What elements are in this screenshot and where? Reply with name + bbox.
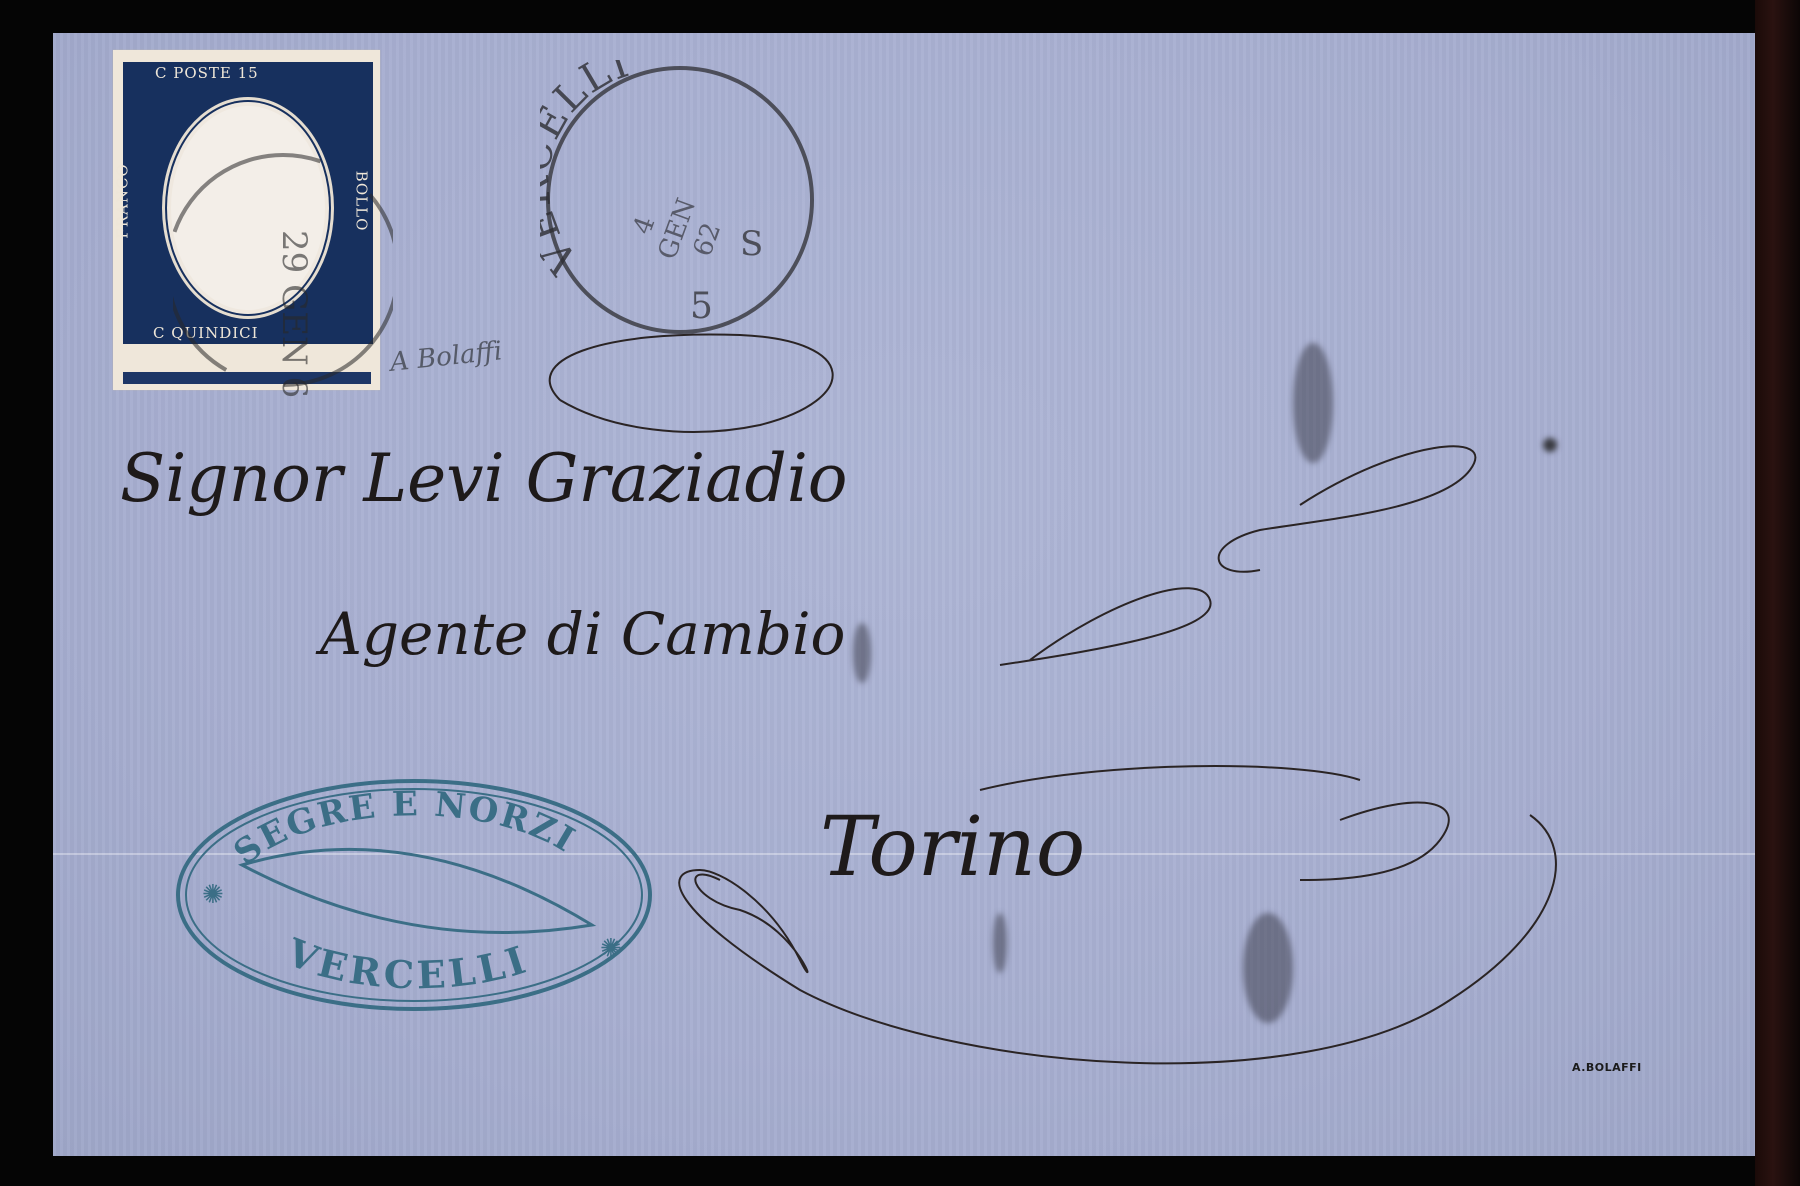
- address-line-2: Agente di Cambio: [320, 600, 845, 668]
- cachet-bottom-text: VERCELLI: [280, 929, 535, 998]
- ink-smudge: [853, 623, 871, 683]
- ink-smudge: [1243, 913, 1293, 1023]
- ink-smudge: [993, 913, 1007, 973]
- ink-smudge: [1293, 343, 1333, 463]
- address-line-1: Signor Levi Graziadio: [120, 440, 848, 517]
- asterisk-left-icon: ✺: [202, 880, 224, 910]
- asterisk-right-icon: ✺: [600, 934, 622, 964]
- stamp-bottom-text: C QUINDICI: [153, 324, 259, 342]
- expert-signature-mark: A.BOLAFFI: [1572, 1061, 1642, 1074]
- svg-text:VERCELLI: VERCELLI: [280, 929, 535, 998]
- stamp-left-text: FRANCO: [114, 163, 132, 238]
- postmark-town: VERCELLI: [540, 60, 636, 283]
- postage-stamp: C POSTE 15 C QUINDICI FRANCO BOLLO 29 GE…: [113, 50, 380, 390]
- postmark-day: 4: [628, 213, 662, 239]
- segre-norzi-cachet: SEGRE E NORZI VERCELLI ✺ ✺: [172, 775, 656, 1015]
- stamp-top-text: C POSTE 15: [155, 64, 259, 82]
- ink-dot: [1543, 438, 1557, 452]
- vercelli-postmark: VERCELLI 4 GEN 62 S 5: [540, 60, 820, 340]
- svg-text:VERCELLI: VERCELLI: [540, 60, 636, 283]
- postmark-side: S: [740, 224, 763, 264]
- stamp-frame: C POSTE 15 C QUINDICI FRANCO BOLLO: [123, 62, 373, 344]
- stamp-portrait-oval: [171, 106, 325, 310]
- address-line-3: Torino: [820, 800, 1085, 895]
- stamp-right-text: BOLLO: [352, 171, 370, 232]
- adjacent-stamp-margin: [123, 372, 371, 384]
- postmark-bottom: 5: [690, 286, 713, 327]
- background-frame: [1755, 0, 1800, 1186]
